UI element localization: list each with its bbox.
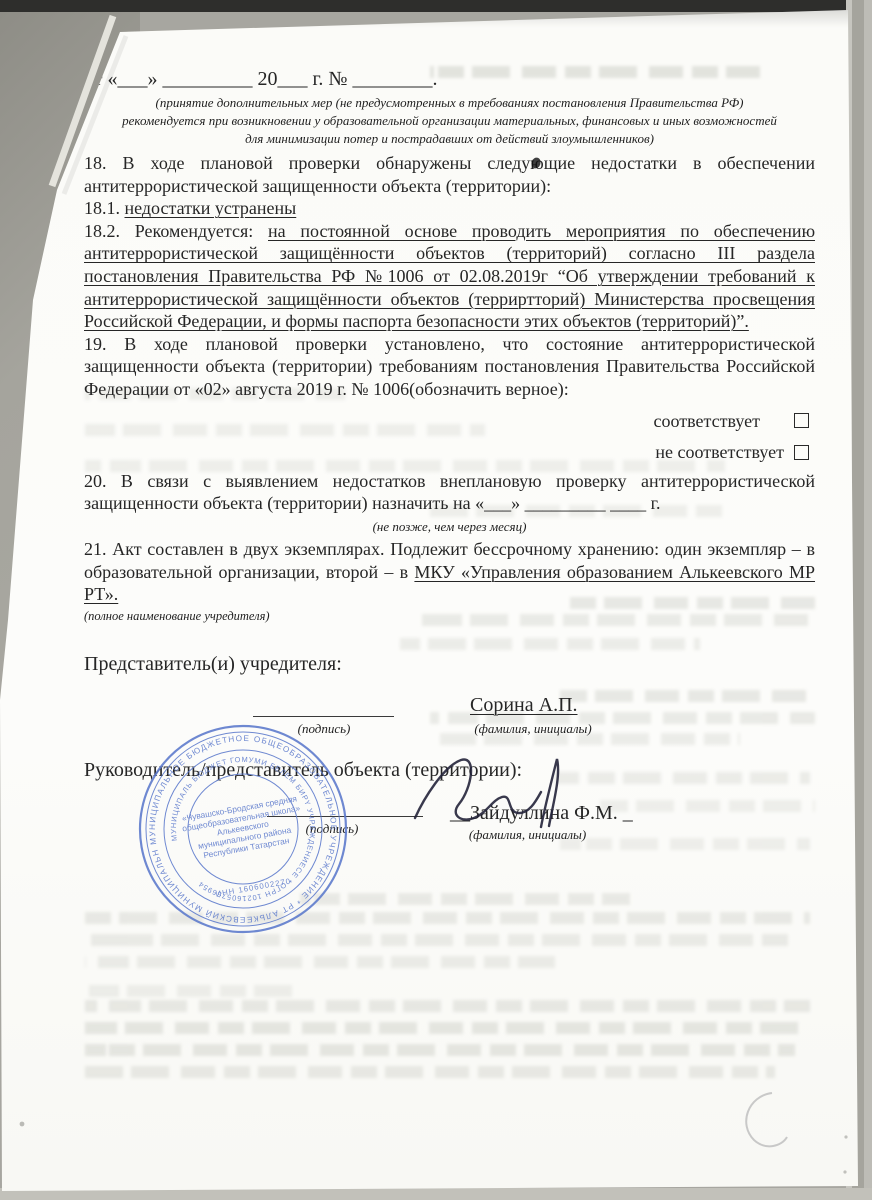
option-row-corresponds: соответствует: [84, 410, 815, 433]
paper-sheet: от «___» _________ 20___ г. № ________. …: [0, 0, 872, 1200]
bleedthrough-line: [85, 1000, 810, 1012]
paragraph-18-1-underlined-text: недостатки устранены: [125, 198, 297, 218]
head-name-caption: (фамилия, инициалы): [455, 827, 600, 843]
option-label-not-corresponds: не соответствует: [655, 441, 784, 464]
official-round-stamp: МУНИЦИПАЛЬНОЕ БЮДЖЕТНОЕ ОБЩЕОБРАЗОВАТЕЛЬ…: [133, 719, 353, 939]
pencil-mark: [746, 1093, 787, 1146]
paragraph-18-2-prefix: 18.2. Рекомендуется:: [84, 221, 268, 241]
paragraph-19: 19. В ходе плановой проверки установлено…: [84, 333, 815, 401]
footnote-line-1: (принятие дополнительных мер (не предусм…: [84, 94, 815, 112]
founder-representative-label: Представитель(и) учредителя:: [84, 652, 342, 677]
document-body: от «___» _________ 20___ г. № ________. …: [84, 66, 815, 625]
date-number-line: от «___» _________ 20___ г. № ________.: [84, 66, 815, 92]
small-speck-right-1: [844, 1135, 847, 1138]
paragraph-18-2: 18.2. Рекомендуется: на постоянной основ…: [84, 220, 815, 333]
bleedthrough-line: [85, 1022, 810, 1034]
small-speck-left: [20, 1122, 25, 1127]
checkbox-corresponds: [794, 413, 809, 428]
bleedthrough-line: [85, 1044, 795, 1056]
paragraph-21-note: (полное наименование учредителя): [84, 608, 815, 625]
option-label-corresponds: соответствует: [654, 410, 760, 433]
founder-representative-name: Сорина А.П.: [470, 693, 578, 718]
paragraph-18: 18. В ходе плановой проверки обнаружены …: [84, 152, 815, 197]
bleedthrough-line: [555, 690, 810, 702]
founder-name-caption: (фамилия, инициалы): [458, 721, 608, 737]
bleedthrough-line: [85, 956, 555, 968]
bleedthrough-line: [555, 772, 810, 784]
bleedthrough-line: [85, 1066, 775, 1078]
bleedthrough-line: [400, 638, 700, 650]
paragraph-18-1-number: 18.1.: [84, 198, 125, 218]
paragraph-18-1: 18.1. недостатки устранены: [84, 197, 815, 220]
footnote-line-3: для минимизации потер и пострадавших от …: [84, 130, 815, 148]
paragraph-20-note: (не позже, чем через месяц): [84, 518, 815, 535]
option-row-not-corresponds: не соответствует: [84, 441, 815, 464]
scanned-page: от «___» _________ 20___ г. № ________. …: [0, 0, 872, 1200]
paragraph-20: 20. В связи с выявлением недостатков вне…: [84, 470, 815, 515]
founder-signature-line: [253, 692, 394, 717]
small-speck-right-2: [843, 1170, 846, 1173]
bleedthrough-line: [85, 985, 300, 997]
head-representative-name: __Зайдуллина Ф.М. _: [450, 801, 633, 826]
checkbox-not-corresponds: [794, 445, 809, 460]
scanner-top-strip: [0, 0, 872, 12]
footnote-line-2: рекомендуется при возникновении у образо…: [84, 112, 815, 130]
paragraph-21: 21. Акт составлен в двух экземплярах. По…: [84, 538, 815, 606]
